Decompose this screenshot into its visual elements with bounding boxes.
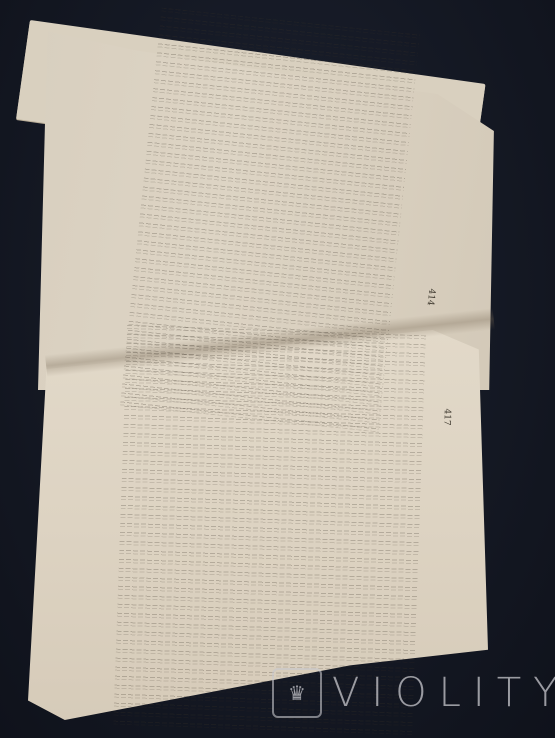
watermark-text: VIOLITY [332,670,555,716]
upper-page-number: 414 [425,288,437,306]
lower-page-number: 417 [441,408,452,426]
crown-icon: ♛ [272,668,322,718]
violity-watermark: ♛ VIOLITY [272,668,555,718]
